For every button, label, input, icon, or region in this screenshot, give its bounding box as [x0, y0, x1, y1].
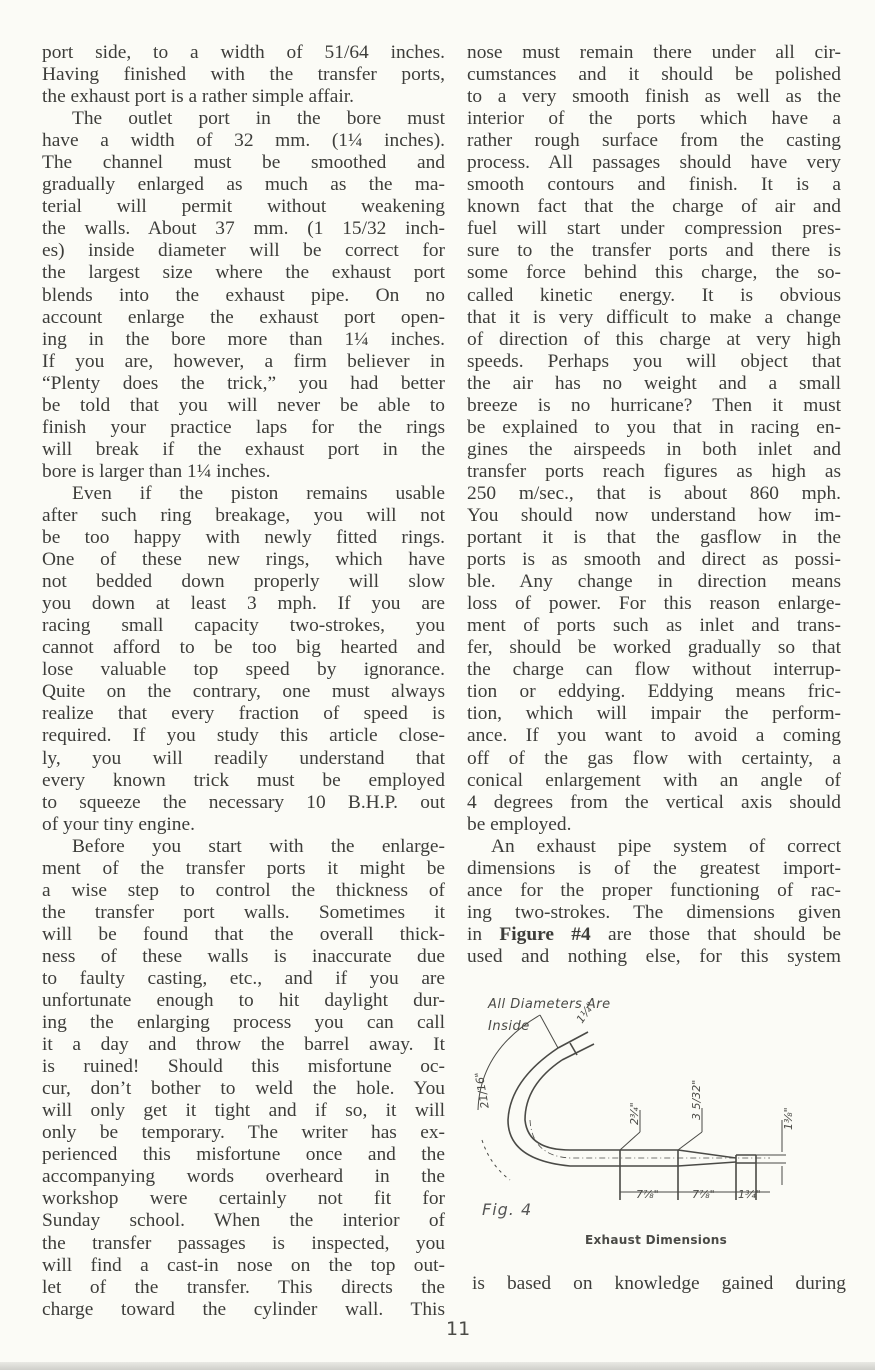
text-line: to squeeze the necessary 10 B.H.P. out — [42, 792, 445, 814]
document-page: port side, to a width of 51/64 inches.Ha… — [0, 0, 875, 1370]
text-line: used and nothing else, for this system — [467, 946, 841, 968]
text-line: interior of the ports which have a — [467, 108, 841, 130]
text-line: called kinetic energy. It is obvious — [467, 285, 841, 307]
text-line: have a width of 32 mm. (1¼ inches). — [42, 130, 445, 152]
text-line: account enlarge the exhaust port open- — [42, 307, 445, 329]
text-line: workshop were certainly not fit for — [42, 1188, 445, 1210]
text-line: An exhaust pipe system of correct — [467, 836, 841, 858]
text-line: fuel will start under compression pres- — [467, 218, 841, 240]
text-line: Before you start with the enlarge- — [42, 836, 445, 858]
text-line: The outlet port in the bore must — [42, 108, 445, 130]
text-line: cumstances and it should be polished — [467, 64, 841, 86]
text-line: is ruined! Should this misfortune oc- — [42, 1056, 445, 1078]
text-line-after-figure: is based on knowledge gained during — [472, 1273, 846, 1295]
text-line: ance for the proper functioning of rac- — [467, 880, 841, 902]
text-line: charge toward the cylinder wall. This — [42, 1299, 445, 1321]
text-line: 250 m/sec., that is about 860 mph. — [467, 483, 841, 505]
text-line: gradually enlarged as much as the ma- — [42, 174, 445, 196]
dim-first-section-length: 7⅞" — [636, 1188, 659, 1201]
text-line: the largest size where the exhaust port — [42, 262, 445, 284]
page-number: 11 — [446, 1318, 470, 1340]
text-line: ing in the bore more than 1¼ inches. — [42, 329, 445, 351]
dim-first-cone-diameter: 2¾" — [628, 1102, 641, 1125]
figure-label: Fig. 4 — [482, 1200, 532, 1219]
text-line: a wise step to control the thickness of — [42, 880, 445, 902]
text-line: breeze is no hurricane? Then it must — [467, 395, 841, 417]
text-line: Having finished with the transfer ports, — [42, 64, 445, 86]
text-line: tion, which will impair the perform- — [467, 703, 841, 725]
dim-second-cone-diameter: 3 5/32" — [690, 1080, 703, 1120]
text-line: perienced this misfortune once and the — [42, 1144, 445, 1166]
text-line: that it is very difficult to make a chan… — [467, 307, 841, 329]
text-line: required. If you study this article clos… — [42, 725, 445, 747]
text-line: not bedded down properly will slow — [42, 571, 445, 593]
text-line: cannot afford to be too big hearted and — [42, 637, 445, 659]
text-line: of direction of this charge at very high — [467, 329, 841, 351]
text-line: transfer ports reach figures as high as — [467, 461, 841, 483]
text-line: One of these new rings, which have — [42, 549, 445, 571]
text-line: will find a cast-in nose on the top out- — [42, 1255, 445, 1277]
text-line: rather rough surface from the casting — [467, 130, 841, 152]
text-fragment: are those that should be — [591, 924, 841, 945]
text-line: every known trick must be employed — [42, 770, 445, 792]
text-line: the walls. About 37 mm. (1 15/32 inch- — [42, 218, 445, 240]
text-line: ble. Any change in direction means — [467, 571, 841, 593]
text-line: You should now understand how im- — [467, 505, 841, 527]
right-column: nose must remain there under all cir-cum… — [467, 42, 841, 968]
text-line: fer, should be worked gradually so that — [467, 637, 841, 659]
text-line: some force behind this charge, the so- — [467, 262, 841, 284]
text-line: port side, to a width of 51/64 inches. — [42, 42, 445, 64]
text-line: accompanying words overheard in the — [42, 1166, 445, 1188]
text-line: sure to the transfer ports and there is — [467, 240, 841, 262]
text-line: lose valuable top speed by ignorance. — [42, 659, 445, 681]
text-line: dimensions is of the greatest import- — [467, 858, 841, 880]
figure-reference-line: in Figure #4 are those that should be — [467, 924, 841, 946]
text-line: ports is as smooth and direct as possi- — [467, 549, 841, 571]
text-line: loss of power. For this reason enlarge- — [467, 593, 841, 615]
text-line: ing two-strokes. The dimensions given — [467, 902, 841, 924]
text-line: unfortunate enough to hit daylight dur- — [42, 990, 445, 1012]
text-line: off of the gas flow with certainty, a — [467, 748, 841, 770]
figure-caption: Exhaust Dimensions — [585, 1233, 727, 1247]
text-line: realize that every fraction of speed is — [42, 703, 445, 725]
text-line: “Plenty does the trick,” you had better — [42, 373, 445, 395]
text-line: bore is larger than 1¼ inches. — [42, 461, 445, 483]
text-line: will be found that the overall thick- — [42, 924, 445, 946]
text-line: blends into the exhaust pipe. On no — [42, 285, 445, 307]
text-line: known fact that the charge of air and — [467, 196, 841, 218]
text-line: Even if the piston remains usable — [42, 483, 445, 505]
text-line: after such ring breakage, you will not — [42, 505, 445, 527]
text-line: es) inside diameter will be correct for — [42, 240, 445, 262]
text-line: be explained to you that in racing en- — [467, 417, 841, 439]
text-line: 4 degrees from the vertical axis should — [467, 792, 841, 814]
text-line: portant it is that the gasflow in the — [467, 527, 841, 549]
text-line: speeds. Perhaps you will object that — [467, 351, 841, 373]
text-line: terial will permit without weakening — [42, 196, 445, 218]
text-line: to faulty casting, etc., and if you are — [42, 968, 445, 990]
text-line: The channel must be smoothed and — [42, 152, 445, 174]
page-bottom-edge — [0, 1362, 875, 1370]
text-line: of your tiny engine. — [42, 814, 445, 836]
text-line: be employed. — [467, 814, 841, 836]
text-line: ly, you will readily understand that — [42, 748, 445, 770]
text-line: tion or eddying. Eddying means fric- — [467, 681, 841, 703]
text-line: it a day and throw the barrel away. It — [42, 1034, 445, 1056]
text-line: the transfer port walls. Sometimes it — [42, 902, 445, 924]
figure-reference: Figure #4 — [499, 924, 590, 945]
text-line: gines the airspeeds in both inlet and — [467, 439, 841, 461]
text-line: the transfer passages is inspected, you — [42, 1233, 445, 1255]
text-line: only be temporary. The writer has ex- — [42, 1122, 445, 1144]
text-line: will break if the exhaust port in the — [42, 439, 445, 461]
text-line: Quite on the contrary, one must always — [42, 681, 445, 703]
text-line: ment of the transfer ports it might be — [42, 858, 445, 880]
dim-bend-length: 21/16" — [473, 1071, 492, 1109]
text-line: conical enlargement with an angle of — [467, 770, 841, 792]
dim-tailpipe-diameter: 1⅜" — [782, 1107, 795, 1130]
figure-4-exhaust-diagram: All Diameters Are Inside — [470, 980, 860, 1255]
text-line: be told that you will never be able to — [42, 395, 445, 417]
text-line: to a very smooth finish as well as the — [467, 86, 841, 108]
text-line: the exhaust port is a rather simple affa… — [42, 86, 445, 108]
text-line: finish your practice laps for the rings — [42, 417, 445, 439]
text-line: racing small capacity two-strokes, you — [42, 615, 445, 637]
dim-outlet-diameter: 1¼" — [574, 1000, 598, 1026]
text-line: let of the transfer. This directs the — [42, 1277, 445, 1299]
text-line: ment of ports such as inlet and trans- — [467, 615, 841, 637]
text-line: nose must remain there under all cir- — [467, 42, 841, 64]
text-line: If you are, however, a firm believer in — [42, 351, 445, 373]
text-line: be too happy with newly fitted rings. — [42, 527, 445, 549]
dim-second-section-length: 7⅞" — [692, 1188, 715, 1201]
text-line: smooth contours and finish. It is a — [467, 174, 841, 196]
text-line: Sunday school. When the interior of — [42, 1210, 445, 1232]
text-line: you down at least 3 mph. If you are — [42, 593, 445, 615]
text-line: will only get it tight and if so, it wil… — [42, 1100, 445, 1122]
text-line: ing the enlarging process you can call — [42, 1012, 445, 1034]
left-column: port side, to a width of 51/64 inches.Ha… — [42, 42, 445, 1321]
text-line: ance. If you want to avoid a coming — [467, 725, 841, 747]
text-line: process. All passages should have very — [467, 152, 841, 174]
dim-tail-section-length: 1¾" — [738, 1188, 761, 1201]
text-line: ness of these walls is inaccurate due — [42, 946, 445, 968]
text-line: the air has no weight and a small — [467, 373, 841, 395]
text-line: the charge can flow without interrup- — [467, 659, 841, 681]
text-fragment: in — [467, 924, 499, 945]
text-line: cur, don’t bother to weld the hole. You — [42, 1078, 445, 1100]
